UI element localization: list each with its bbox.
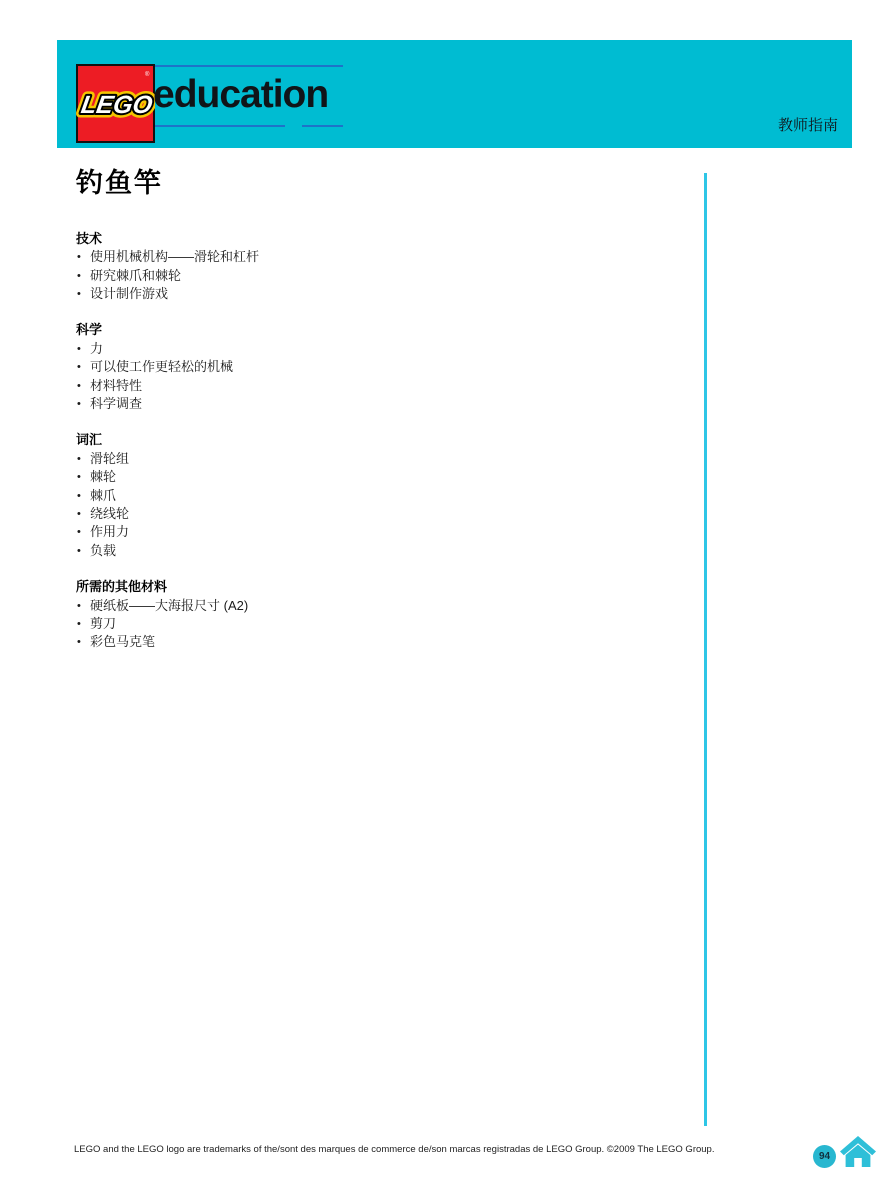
content-area: 钓鱼竿 技术 使用机械机构——滑轮和杠杆研究棘爪和棘轮设计制作游戏 科学 力可以… — [76, 169, 676, 670]
header-banner: LEGO LEGO ® education 教师指南 — [57, 40, 852, 148]
brand-rule-bottom-right — [302, 125, 343, 127]
list-item: 材料特性 — [76, 377, 676, 395]
list-item: 滑轮组 — [76, 450, 676, 468]
list-item: 使用机械机构——滑轮和杠杆 — [76, 248, 676, 266]
section-heading: 词汇 — [76, 431, 676, 449]
lego-logo-text: LEGO — [79, 91, 155, 119]
page-number-badge: 94 — [813, 1145, 836, 1168]
vertical-divider — [704, 173, 707, 1126]
content-section: 技术 使用机械机构——滑轮和杠杆研究棘爪和棘轮设计制作游戏 — [76, 230, 676, 304]
brand-rule-top — [155, 65, 343, 67]
list-item: 剪刀 — [76, 615, 676, 633]
list-item: 棘轮 — [76, 468, 676, 486]
list-item: 力 — [76, 340, 676, 358]
list-item: 作用力 — [76, 523, 676, 541]
list-item: 可以使工作更轻松的机械 — [76, 358, 676, 376]
section-list: 使用机械机构——滑轮和杠杆研究棘爪和棘轮设计制作游戏 — [76, 248, 676, 303]
list-item: 设计制作游戏 — [76, 285, 676, 303]
list-item: 负载 — [76, 542, 676, 560]
teacher-guide-label: 教师指南 — [778, 114, 838, 135]
list-item: 彩色马克笔 — [76, 633, 676, 651]
list-item: 棘爪 — [76, 487, 676, 505]
lego-logo-icon: LEGO LEGO ® — [76, 64, 155, 143]
section-heading: 所需的其他材料 — [76, 578, 676, 596]
section-heading: 科学 — [76, 321, 676, 339]
brand-block: education — [155, 40, 401, 148]
list-item: 科学调查 — [76, 395, 676, 413]
list-item: 硬纸板——大海报尺寸 (A2) — [76, 597, 676, 615]
list-item: 研究棘爪和棘轮 — [76, 267, 676, 285]
home-icon[interactable] — [840, 1136, 876, 1167]
section-list: 滑轮组棘轮棘爪绕线轮作用力负载 — [76, 450, 676, 560]
section-list: 力可以使工作更轻松的机械材料特性科学调查 — [76, 340, 676, 414]
content-section: 词汇 滑轮组棘轮棘爪绕线轮作用力负载 — [76, 431, 676, 560]
content-section: 所需的其他材料 硬纸板——大海报尺寸 (A2)剪刀彩色马克笔 — [76, 578, 676, 652]
list-item: 绕线轮 — [76, 505, 676, 523]
section-list: 硬纸板——大海报尺寸 (A2)剪刀彩色马克笔 — [76, 597, 676, 652]
brand-wordmark: education — [153, 75, 328, 114]
sections-container: 技术 使用机械机构——滑轮和杠杆研究棘爪和棘轮设计制作游戏 科学 力可以使工作更… — [76, 230, 676, 652]
brand-rule-bottom-left — [155, 125, 285, 127]
trademark-text: LEGO and the LEGO logo are trademarks of… — [74, 1144, 714, 1155]
content-section: 科学 力可以使工作更轻松的机械材料特性科学调查 — [76, 321, 676, 413]
registered-mark-icon: ® — [145, 71, 150, 78]
page-title: 钓鱼竿 — [76, 169, 676, 199]
section-heading: 技术 — [76, 230, 676, 248]
